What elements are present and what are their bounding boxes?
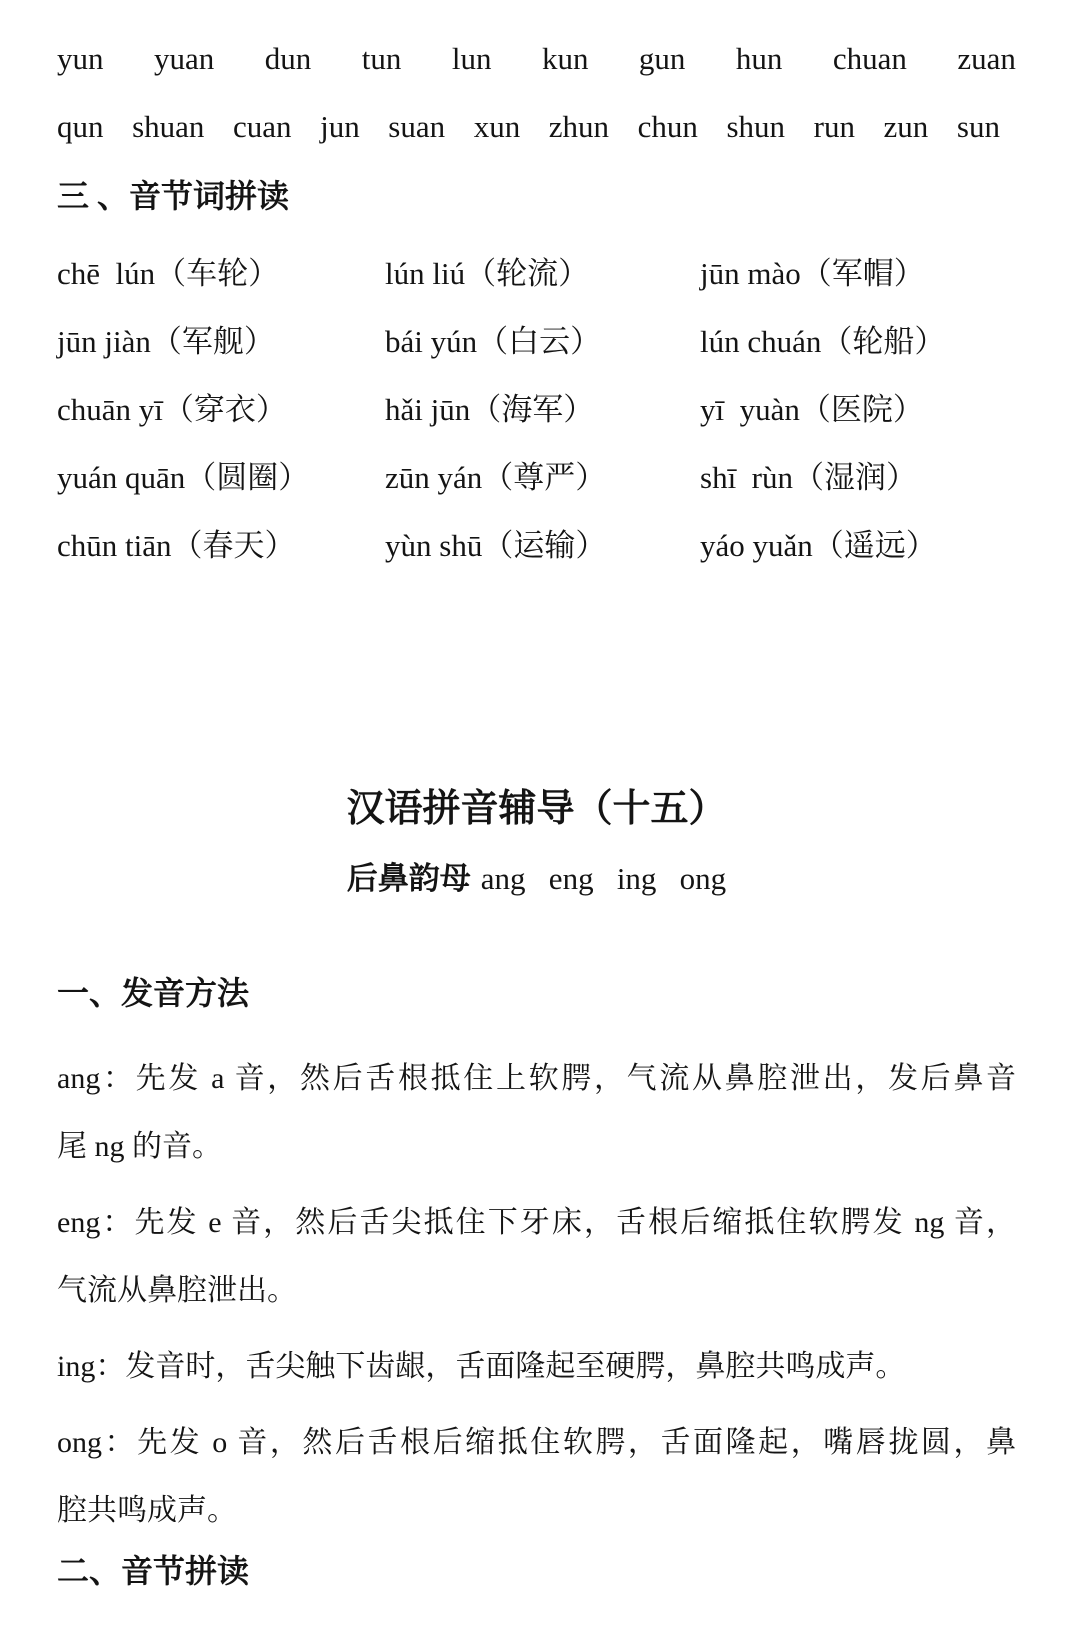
page-title: 汉语拼音辅导（十五） bbox=[57, 785, 1016, 833]
paragraph-line: 尾 ng 的音。 bbox=[57, 1113, 1016, 1181]
pronunciation-paragraph-ing: ing：发音时，舌尖触下齿龈，舌面隆起至硬腭，鼻腔共鸣成声。 bbox=[57, 1333, 1016, 1401]
pinyin-syllable: gun bbox=[639, 42, 686, 76]
pinyin-syllable: shun bbox=[726, 110, 785, 144]
pinyin-syllable: shuan bbox=[132, 110, 204, 144]
section-heading-syllable-reading: 二、音节拼读 bbox=[57, 1553, 1016, 1589]
paragraph-line: ong：先发 o 音，然后舌根后缩抵住软腭，舌面隆起，嘴唇拢圆，鼻 bbox=[57, 1409, 1016, 1477]
subtitle-label: 后鼻韵母 bbox=[347, 861, 471, 896]
pinyin-syllable: kun bbox=[542, 42, 589, 76]
word-item: yùn shū（运输） bbox=[385, 512, 700, 580]
document-page: yun yuan dun tun lun kun gun hun chuan z… bbox=[0, 0, 1080, 1638]
word-item: yī yuàn（医院） bbox=[700, 376, 1016, 444]
syllable-word-grid: chē lún（车轮） lún liú（轮流） jūn mào（军帽） jūn … bbox=[57, 240, 1016, 580]
pinyin-syllable: cuan bbox=[233, 110, 292, 144]
pinyin-syllable: xun bbox=[474, 110, 521, 144]
pinyin-syllable-row-1: yun yuan dun tun lun kun gun hun chuan z… bbox=[57, 42, 1016, 76]
pinyin-syllable: zun bbox=[884, 110, 929, 144]
section-heading-syllable-words: 三 、音节词拼读 bbox=[57, 178, 1016, 214]
word-item: shī rùn（湿润） bbox=[700, 444, 1016, 512]
pinyin-syllable: chun bbox=[638, 110, 698, 144]
pinyin-syllable: tun bbox=[362, 42, 402, 76]
word-item: bái yún（白云） bbox=[385, 308, 700, 376]
section-heading-pronunciation-method: 一、发音方法 bbox=[57, 975, 1016, 1011]
pinyin-syllable: sun bbox=[957, 110, 1000, 144]
pinyin-syllable: suan bbox=[388, 110, 445, 144]
pinyin-syllable: zuan bbox=[957, 42, 1016, 76]
word-item: zūn yán（尊严） bbox=[385, 444, 700, 512]
word-item: yáo yuǎn（遥远） bbox=[700, 512, 1016, 580]
pronunciation-paragraph-eng: eng：先发 e 音，然后舌尖抵住下牙床，舌根后缩抵住软腭发 ng 音， 气流从… bbox=[57, 1189, 1016, 1325]
paragraph-line: 气流从鼻腔泄出。 bbox=[57, 1257, 1016, 1325]
paragraph-line: eng：先发 e 音，然后舌尖抵住下牙床，舌根后缩抵住软腭发 ng 音， bbox=[57, 1189, 1016, 1257]
pinyin-syllable: qun bbox=[57, 110, 104, 144]
pinyin-syllable: hun bbox=[736, 42, 783, 76]
word-item: jūn jiàn（军舰） bbox=[57, 308, 385, 376]
pronunciation-paragraph-ong: ong：先发 o 音，然后舌根后缩抵住软腭，舌面隆起，嘴唇拢圆，鼻 腔共鸣成声。 bbox=[57, 1409, 1016, 1545]
word-item: hǎi jūn（海军） bbox=[385, 376, 700, 444]
word-item: lún chuán（轮船） bbox=[700, 308, 1016, 376]
pinyin-syllable-row-2: qun shuan cuan jun suan xun zhun chun sh… bbox=[57, 110, 1016, 144]
pinyin-syllable: chuan bbox=[833, 42, 907, 76]
pinyin-syllable: yun bbox=[57, 42, 104, 76]
word-item: chūn tiān（春天） bbox=[57, 512, 385, 580]
pinyin-syllable: lun bbox=[452, 42, 492, 76]
paragraph-line: ing：发音时，舌尖触下齿龈，舌面隆起至硬腭，鼻腔共鸣成声。 bbox=[57, 1333, 1016, 1401]
pinyin-syllable: yuan bbox=[154, 42, 214, 76]
pronunciation-paragraph-ang: ang：先发 a 音，然后舌根抵住上软腭，气流从鼻腔泄出，发后鼻音 尾 ng 的… bbox=[57, 1045, 1016, 1181]
pinyin-syllable: dun bbox=[265, 42, 312, 76]
paragraph-line: ang：先发 a 音，然后舌根抵住上软腭，气流从鼻腔泄出，发后鼻音 bbox=[57, 1045, 1016, 1113]
subtitle: 后鼻韵母ang eng ing ong bbox=[57, 857, 1016, 901]
word-item: chuān yī（穿衣） bbox=[57, 376, 385, 444]
word-item: chē lún（车轮） bbox=[57, 240, 385, 308]
word-item: lún liú（轮流） bbox=[385, 240, 700, 308]
pinyin-syllable: jun bbox=[320, 110, 360, 144]
word-item: jūn mào（军帽） bbox=[700, 240, 1016, 308]
pinyin-syllable: zhun bbox=[549, 110, 609, 144]
pinyin-syllable: run bbox=[814, 110, 855, 144]
subtitle-finals: ang eng ing ong bbox=[481, 861, 726, 896]
word-item: yuán quān（圆圈） bbox=[57, 444, 385, 512]
paragraph-line: 腔共鸣成声。 bbox=[57, 1477, 1016, 1545]
